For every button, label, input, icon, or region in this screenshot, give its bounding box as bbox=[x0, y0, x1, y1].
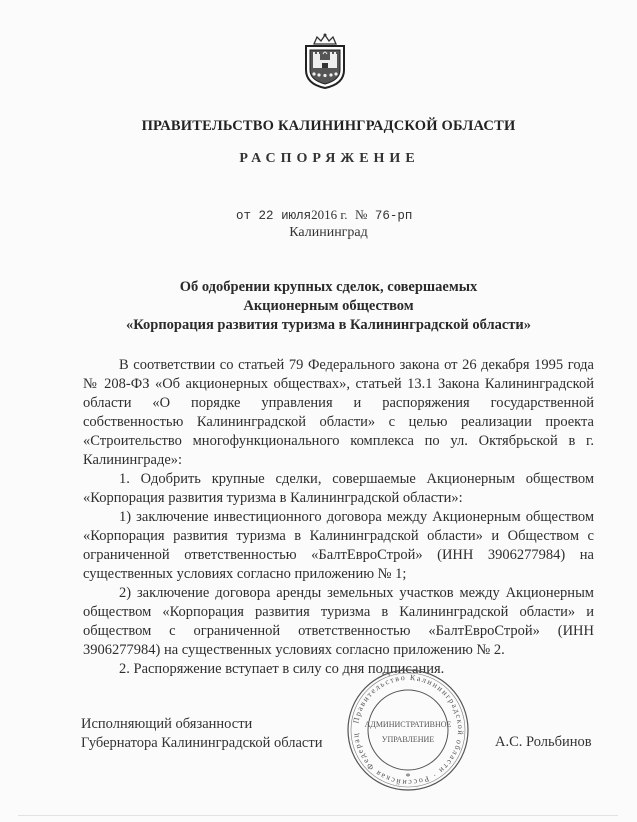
signatory-position: Исполняющий обязанности Губернатора Кали… bbox=[81, 715, 322, 753]
city: Калининград bbox=[0, 225, 637, 241]
subject-line: «Корпорация развития туризма в Калинингр… bbox=[20, 316, 637, 335]
svg-text:*: * bbox=[406, 772, 411, 783]
clause-1-item-2: 2) заключение договора аренды земельных … bbox=[83, 584, 594, 660]
document-page: ПРАВИТЕЛЬСТВО КАЛИНИНГРАДСКОЙ ОБЛАСТИ РА… bbox=[0, 0, 637, 822]
official-seal-icon: Правительство Калининградской области · … bbox=[345, 667, 471, 793]
preamble-paragraph: В соответствии со статьей 79 Федеральног… bbox=[83, 356, 594, 470]
date-prefix: от bbox=[236, 209, 251, 223]
clause-1: 1. Одобрить крупные сделки, совершаемые … bbox=[83, 470, 594, 508]
seal-inner-line: УПРАВЛЕНИЕ bbox=[382, 735, 435, 744]
date-day: 22 bbox=[259, 209, 274, 223]
position-line: Исполняющий обязанности bbox=[81, 715, 322, 734]
date-month: июля bbox=[281, 209, 311, 223]
number-sign: № bbox=[355, 207, 367, 222]
date-year: 2016 г. bbox=[311, 207, 347, 222]
coat-of-arms-icon bbox=[300, 32, 350, 90]
document-subject: Об одобрении крупных сделок, совершаемых… bbox=[0, 278, 637, 335]
signatory-name: А.С. Рольбинов bbox=[495, 734, 592, 751]
document-number: 76-рп bbox=[375, 209, 413, 223]
document-date-number: от 22 июля2016 г. № 76-рп bbox=[236, 207, 412, 223]
subject-line: Об одобрении крупных сделок, совершаемых bbox=[20, 278, 637, 297]
government-title: ПРАВИТЕЛЬСТВО КАЛИНИНГРАДСКОЙ ОБЛАСТИ bbox=[0, 118, 637, 135]
seal-inner-line: АДМИНИСТРАТИВНОЕ bbox=[365, 720, 452, 729]
clause-1-item-1: 1) заключение инвестиционного договора м… bbox=[83, 508, 594, 584]
document-type: РАСПОРЯЖЕНИЕ bbox=[0, 151, 637, 167]
position-line: Губернатора Калининградской области bbox=[81, 734, 322, 753]
subject-line: Акционерным обществом bbox=[20, 297, 637, 316]
document-body: В соответствии со статьей 79 Федеральног… bbox=[83, 356, 594, 679]
clause-2: 2. Распоряжение вступает в силу со дня п… bbox=[83, 660, 594, 679]
page-edge-line bbox=[18, 815, 618, 816]
